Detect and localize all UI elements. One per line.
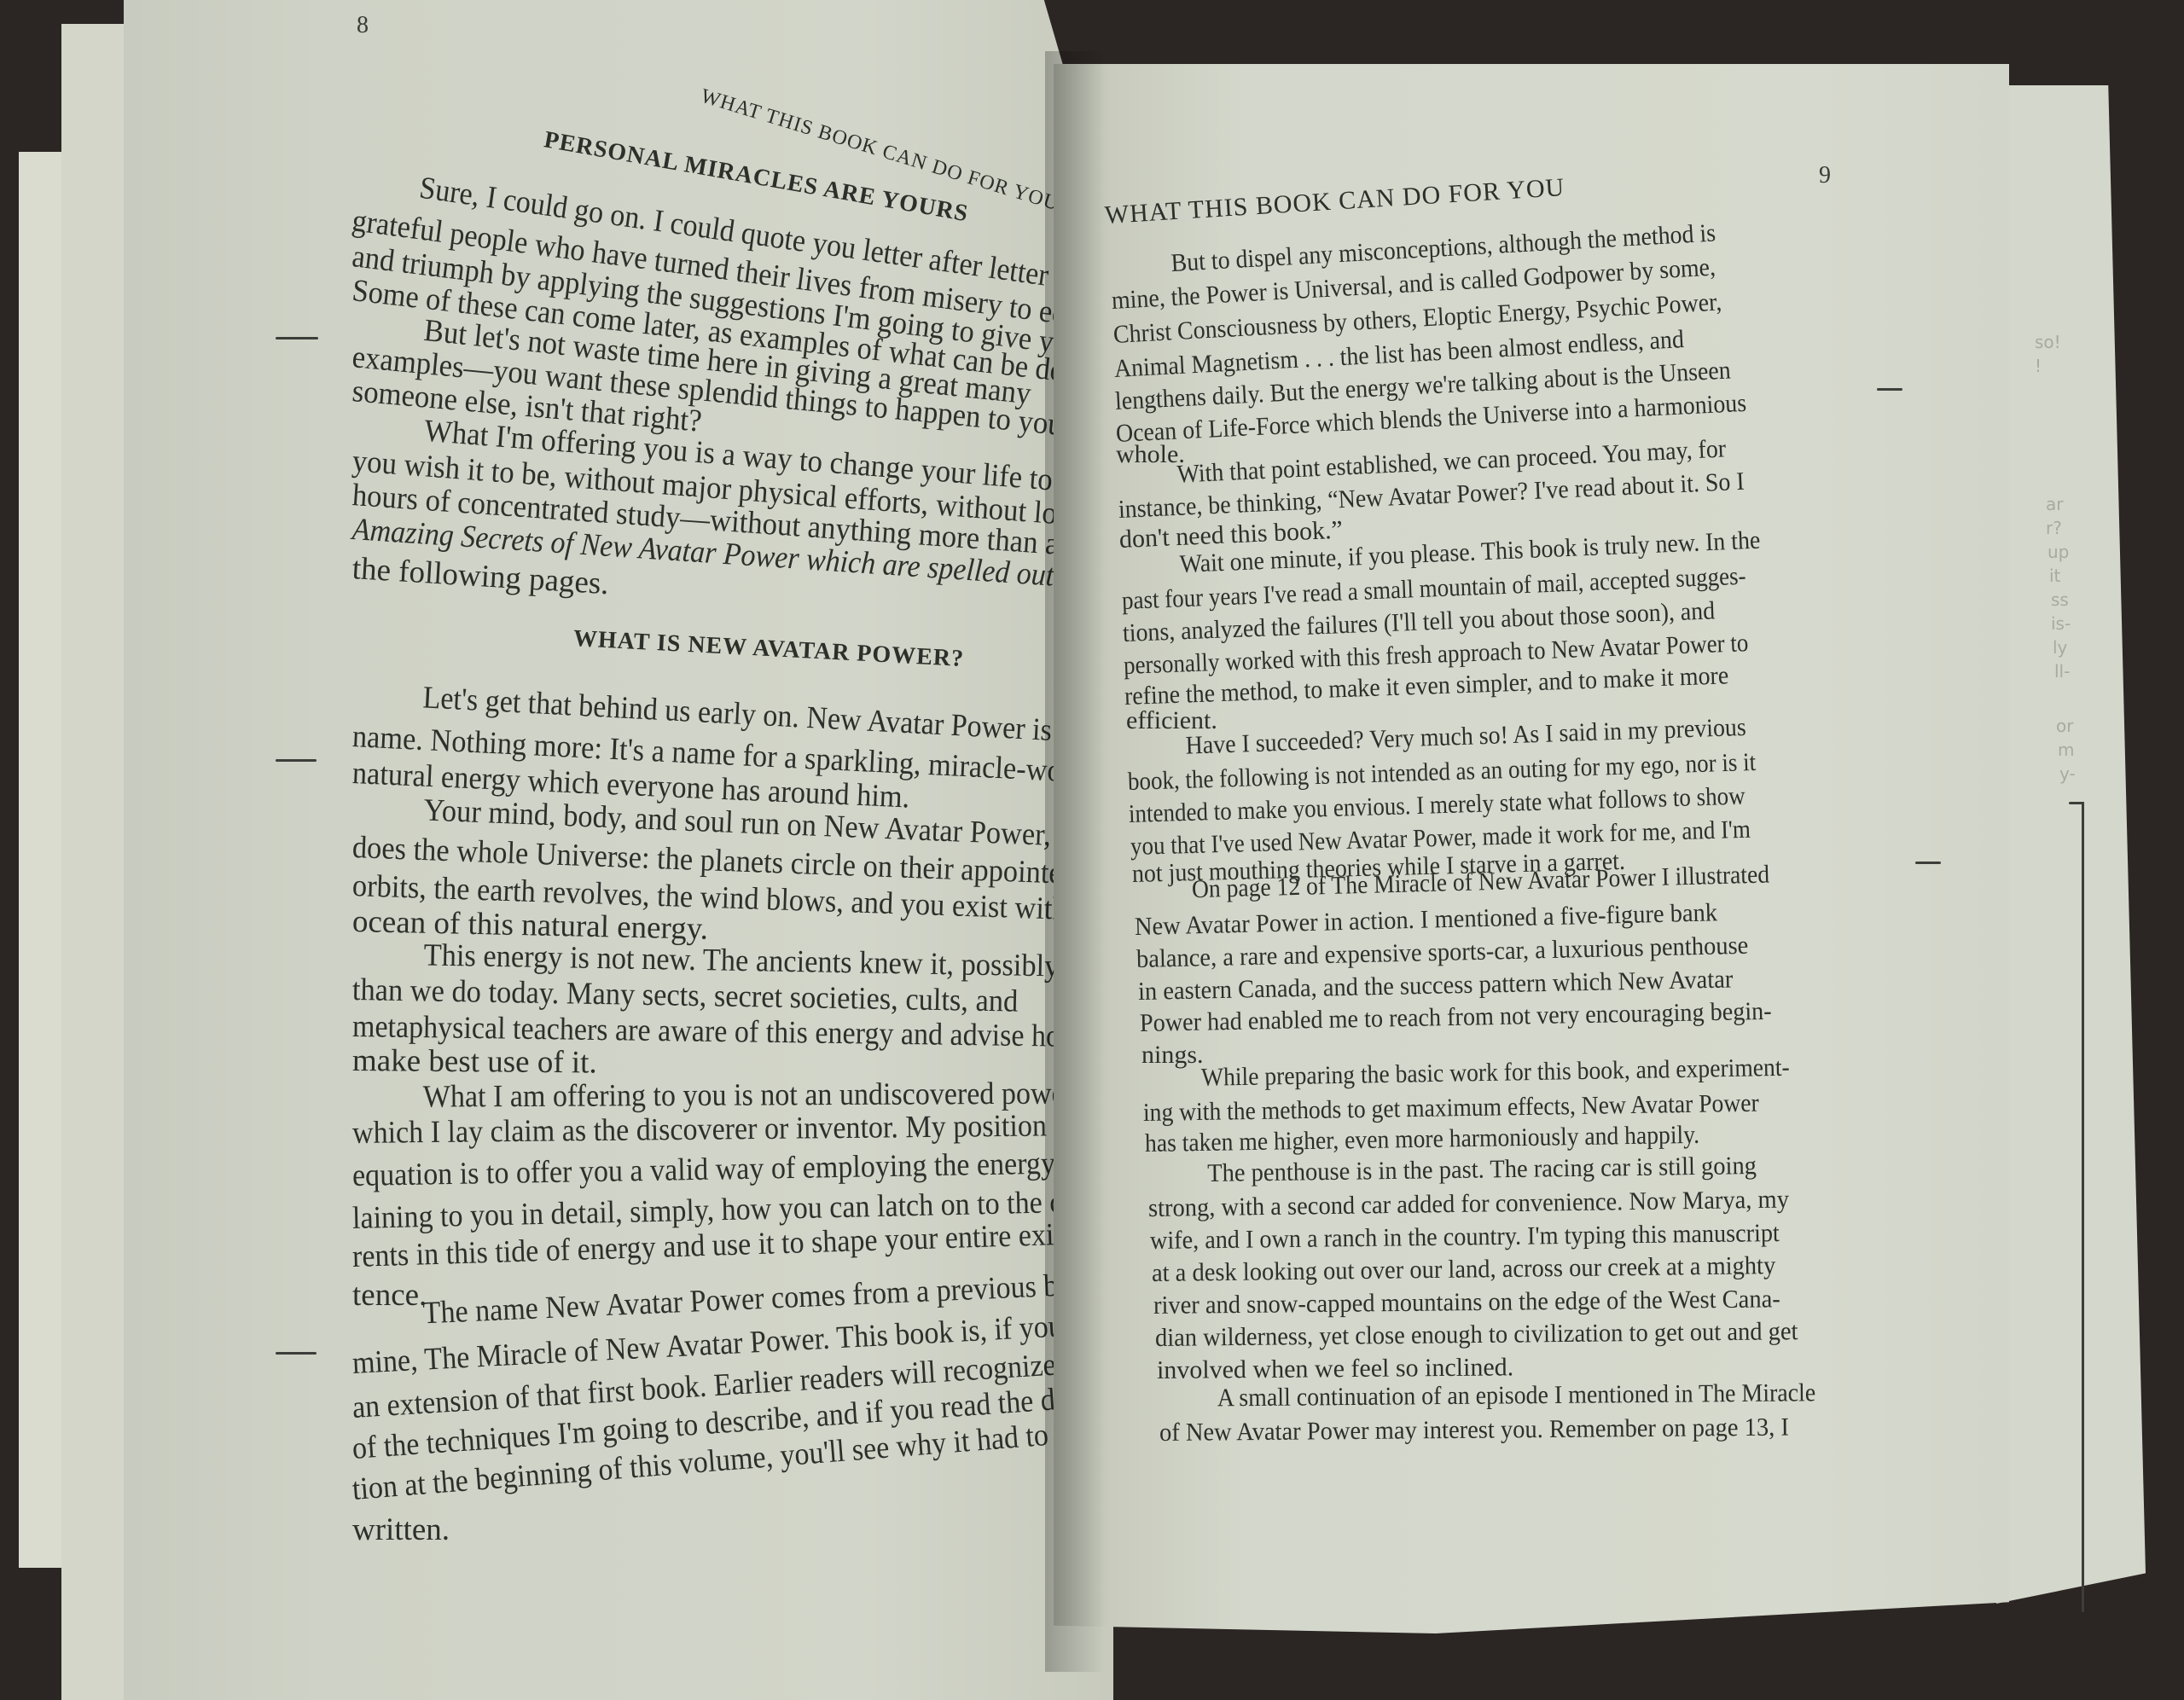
- text-line: has taken me higher, even more harmoniou…: [1145, 1123, 1700, 1157]
- text-line: While preparing the basic work for this …: [1142, 1055, 1790, 1092]
- text-line: involved when we feel so inclined.: [1157, 1355, 1513, 1384]
- text-line: nings.: [1141, 1042, 1204, 1068]
- text-line: at a desk looking out over our land, acr…: [1152, 1253, 1776, 1286]
- pencil-margin-mark: [1877, 388, 1902, 391]
- right-page-text: 9 WHAT THIS BOOK CAN DO FOR YOU But to d…: [0, 0, 2184, 1700]
- running-head: WHAT THIS BOOK CAN DO FOR YOU: [1104, 175, 1565, 229]
- text-line: of New Avatar Power may interest you. Re…: [1159, 1415, 1789, 1446]
- text-line: A small continuation of an episode I men…: [1158, 1380, 1815, 1412]
- text-line: efficient.: [1126, 708, 1217, 734]
- text-line: strong, with a second car added for conv…: [1148, 1187, 1789, 1221]
- text-line: wife, and I own a ranch in the country. …: [1150, 1221, 1780, 1254]
- page-number: 9: [1819, 162, 1831, 189]
- pencil-margin-mark: [1915, 862, 1941, 864]
- text-line: river and snow-capped mountains on the e…: [1153, 1286, 1780, 1319]
- text-line: Power had enabled me to reach from not v…: [1140, 999, 1772, 1036]
- text-line: The penthouse is in the past. The racing…: [1147, 1153, 1757, 1187]
- text-line: dian wilderness, yet close enough to civ…: [1155, 1319, 1798, 1351]
